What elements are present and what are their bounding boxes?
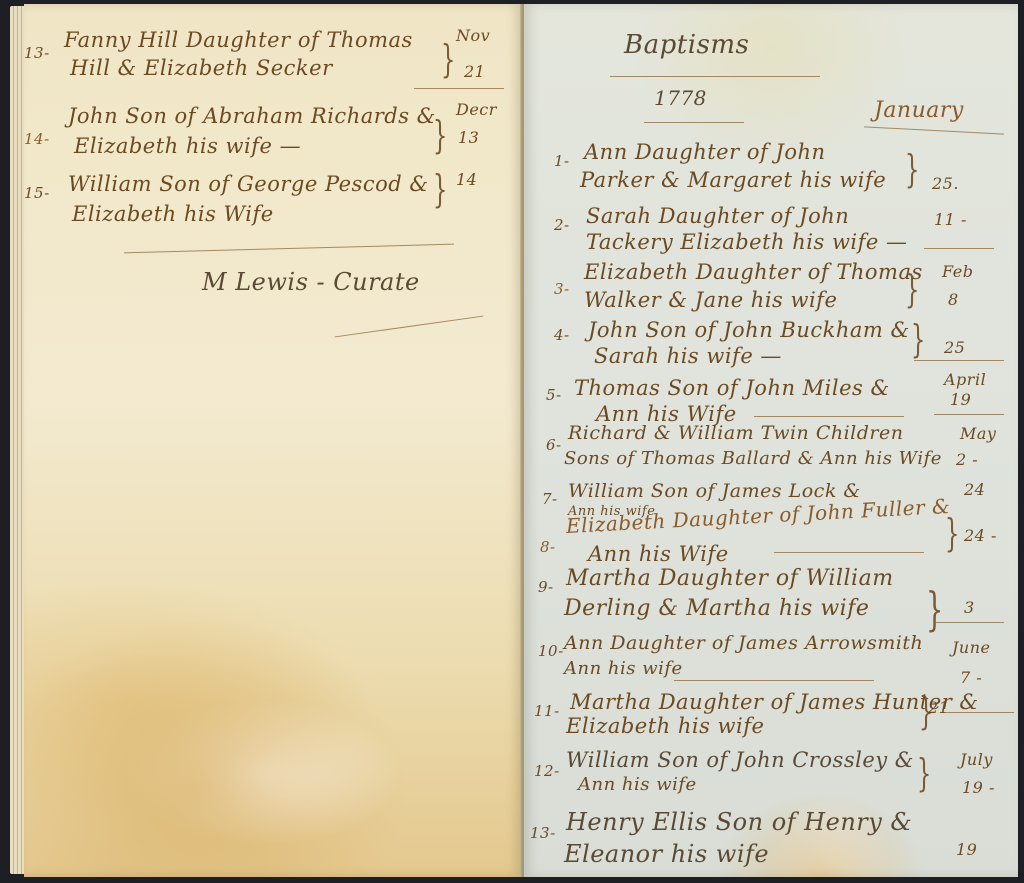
entry-line1: Thomas Son of John Miles & bbox=[574, 376, 890, 400]
entry-number: 9- bbox=[538, 578, 554, 596]
entry-line2: Ann his wife bbox=[578, 774, 697, 795]
entry-line2: Hill & Elizabeth Secker bbox=[70, 56, 333, 80]
entry-line1: Ann Daughter of James Arrowsmith bbox=[564, 632, 923, 654]
entry-number: 14- bbox=[24, 130, 50, 148]
bracket: } bbox=[441, 40, 456, 78]
divider-line bbox=[934, 622, 1004, 623]
entry-number: 6- bbox=[546, 436, 562, 454]
bracket: } bbox=[905, 150, 920, 188]
entry-day: 3 bbox=[964, 598, 975, 617]
entry-number: 10- bbox=[538, 642, 564, 660]
entry-number: 11- bbox=[534, 702, 560, 720]
bracket: } bbox=[926, 586, 944, 632]
entry-number: 5- bbox=[546, 386, 562, 404]
month-underline bbox=[864, 126, 1004, 134]
entry-day: 14 bbox=[456, 170, 477, 189]
entry-line1: Richard & William Twin Children bbox=[568, 422, 903, 444]
entry-day: 8 bbox=[948, 290, 959, 309]
entry-month: Nov bbox=[456, 26, 490, 45]
bracket: } bbox=[945, 514, 960, 552]
entry-day: 13 bbox=[458, 128, 479, 147]
entry-number: 3- bbox=[554, 280, 570, 298]
entry-month: July bbox=[960, 750, 993, 769]
entry-number: 15- bbox=[24, 184, 50, 202]
divider-line bbox=[754, 416, 904, 417]
divider-line bbox=[944, 712, 1014, 713]
entry-month: Feb bbox=[942, 262, 973, 281]
divider-line bbox=[124, 244, 454, 254]
entry-day: 2 - bbox=[956, 450, 978, 469]
entry-line2: Parker & Margaret his wife bbox=[580, 168, 886, 192]
entry-line2: Elizabeth his Wife bbox=[72, 202, 274, 226]
entry-line2: Sons of Thomas Ballard & Ann his Wife bbox=[564, 448, 942, 469]
right-page: Baptisms 1778 January 1- Ann Daughter of… bbox=[524, 4, 1018, 877]
entry-number: 8- bbox=[540, 538, 556, 556]
divider-line bbox=[934, 414, 1004, 415]
curate-signature: M Lewis - Curate bbox=[202, 268, 420, 296]
entry-line2: Eleanor his wife bbox=[564, 840, 769, 868]
entry-line1: William Son of John Crossley & bbox=[566, 748, 914, 772]
entry-line1: Sarah Daughter of John bbox=[586, 204, 849, 228]
entry-day: 19 bbox=[956, 840, 977, 859]
divider-line bbox=[674, 680, 874, 681]
entry-number: 7- bbox=[542, 490, 558, 508]
entry-number: 2- bbox=[554, 216, 570, 234]
entry-line1: William Son of James Lock & bbox=[568, 480, 861, 502]
entry-month: April bbox=[944, 370, 986, 389]
bracket: } bbox=[433, 170, 448, 208]
entry-line2: Tackery Elizabeth his wife — bbox=[586, 230, 908, 254]
entry-day: 24 - bbox=[964, 526, 997, 545]
entry-number: 12- bbox=[534, 762, 560, 780]
entry-line1: Martha Daughter of William bbox=[566, 566, 894, 591]
divider-line bbox=[414, 88, 504, 89]
entry-line2: Ann his Wife bbox=[588, 542, 729, 566]
entry-line1: William Son of George Pescod & bbox=[68, 172, 429, 196]
entry-number: 13- bbox=[24, 44, 50, 62]
entry-line1: Henry Ellis Son of Henry & bbox=[566, 808, 912, 836]
register-year: 1778 bbox=[654, 86, 707, 110]
entry-line1: Fanny Hill Daughter of Thomas bbox=[64, 28, 413, 52]
entry-day: 19 bbox=[950, 390, 971, 409]
entry-number: 1- bbox=[554, 152, 570, 170]
entry-day: 21 bbox=[928, 698, 949, 717]
entry-day: 25. bbox=[932, 174, 959, 193]
month-heading: January bbox=[874, 98, 964, 123]
entry-month: Decr bbox=[456, 100, 497, 119]
entry-line2: Sarah his wife — bbox=[594, 344, 782, 368]
entry-line2: Elizabeth his wife bbox=[566, 714, 764, 738]
bracket: } bbox=[433, 116, 448, 154]
entry-day: 21 bbox=[464, 62, 485, 81]
heading-underline bbox=[610, 76, 820, 77]
divider-line bbox=[914, 360, 1004, 361]
entry-line1: Ann Daughter of John bbox=[584, 140, 826, 164]
left-page: 13- Fanny Hill Daughter of Thomas Hill &… bbox=[24, 4, 522, 877]
entry-day: 7 - bbox=[960, 668, 982, 687]
entry-line2: Walker & Jane his wife bbox=[584, 288, 837, 312]
entry-line1: Elizabeth Daughter of Thomas bbox=[584, 260, 923, 284]
entry-line1: John Son of John Buckham & bbox=[588, 318, 910, 342]
entry-day: 25 bbox=[944, 338, 965, 357]
divider-line bbox=[774, 552, 924, 553]
entry-line1: Martha Daughter of James Hunter & bbox=[570, 690, 979, 714]
entry-month: May bbox=[960, 424, 996, 443]
bracket: } bbox=[905, 270, 920, 308]
signature-flourish bbox=[335, 316, 484, 338]
entry-line2: Derling & Martha his wife bbox=[564, 596, 869, 621]
entry-month: June bbox=[952, 638, 991, 657]
divider-line bbox=[924, 248, 994, 249]
entry-number: 13- bbox=[530, 824, 556, 842]
entry-number: 4- bbox=[554, 326, 570, 344]
entry-line1: John Son of Abraham Richards & bbox=[68, 104, 436, 128]
entry-line2: Elizabeth his wife — bbox=[74, 134, 301, 158]
year-underline bbox=[644, 122, 744, 123]
bracket: } bbox=[917, 754, 932, 792]
entry-day: 19 - bbox=[962, 778, 995, 797]
entry-day: 24 bbox=[964, 480, 985, 499]
bracket: } bbox=[911, 320, 926, 358]
register-heading: Baptisms bbox=[624, 30, 749, 60]
entry-day: 11 - bbox=[934, 210, 967, 229]
entry-line2: Ann his wife bbox=[564, 658, 683, 679]
